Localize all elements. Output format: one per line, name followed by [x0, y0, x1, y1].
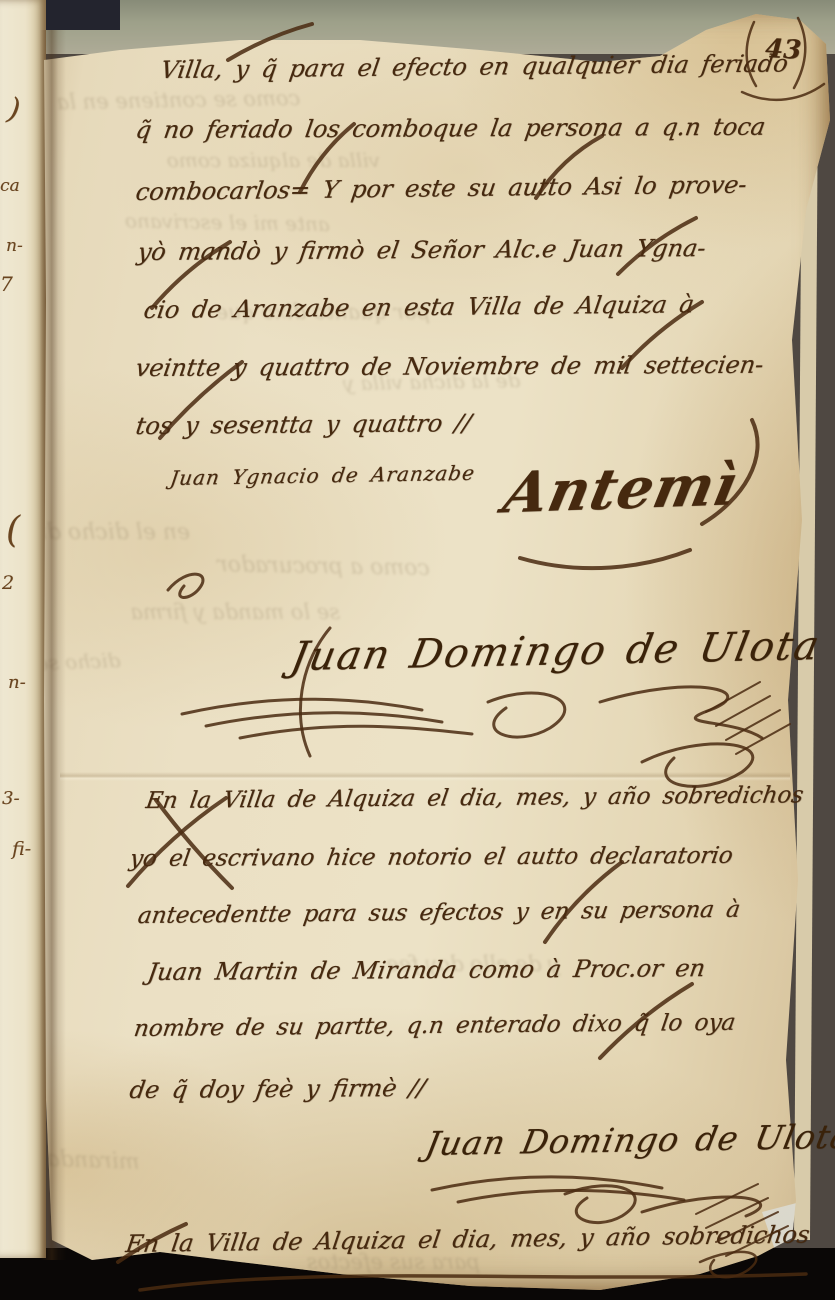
show-through-text: se lo manda y firma [130, 600, 340, 624]
manuscript-line: cio de Aranzabe en esta Villa de Alquiza… [142, 290, 696, 324]
manuscript-line: veintte y quattro de Noviembre de mil se… [134, 351, 766, 382]
margin-fragment: fi- [12, 838, 31, 860]
ante-mi-phrase: Antemì [498, 452, 744, 527]
manuscript-line: q̃ no feriado los comboque la persona a … [134, 113, 768, 144]
signature-ulota-2: Juan Domingo de Ulota [422, 1117, 835, 1164]
margin-fragment: ) [5, 91, 23, 128]
paper-crease [60, 772, 790, 781]
margin-fragment: n- [6, 236, 23, 256]
margin-fragment: n- [8, 672, 26, 693]
manuscript-photo: ) ca n- 7 ( 2 n- 3- fi- como se contiene… [0, 0, 835, 1300]
manuscript-line: tos y sesentta y quattro // [134, 409, 473, 440]
show-through-text: ante mi el escrivano [125, 208, 330, 236]
margin-fragment: 2 [2, 572, 14, 594]
show-through-text: como a procurador [217, 552, 430, 581]
margin-fragment: 3- [2, 788, 20, 809]
manuscript-line: Juan Martin de Miranda como à Proc.or en [146, 954, 707, 986]
show-through-text: como se contiene en la [57, 86, 301, 114]
show-through-text: villa de alquiza como [167, 148, 380, 172]
background-top-left-corner [46, 0, 120, 30]
manuscript-line: de q̃ doy feè y firmè // [128, 1074, 428, 1104]
margin-fragment: 7 [0, 272, 13, 296]
margin-fragment: ca [0, 176, 20, 196]
manuscript-line: yò mandò y firmò el Señor Alc.e Juan Ygn… [136, 234, 708, 266]
gutter-shadow [40, 30, 66, 1260]
manuscript-line: yo el escrivano hice notorio el autto de… [128, 843, 735, 872]
margin-fragment: ( [6, 510, 20, 551]
